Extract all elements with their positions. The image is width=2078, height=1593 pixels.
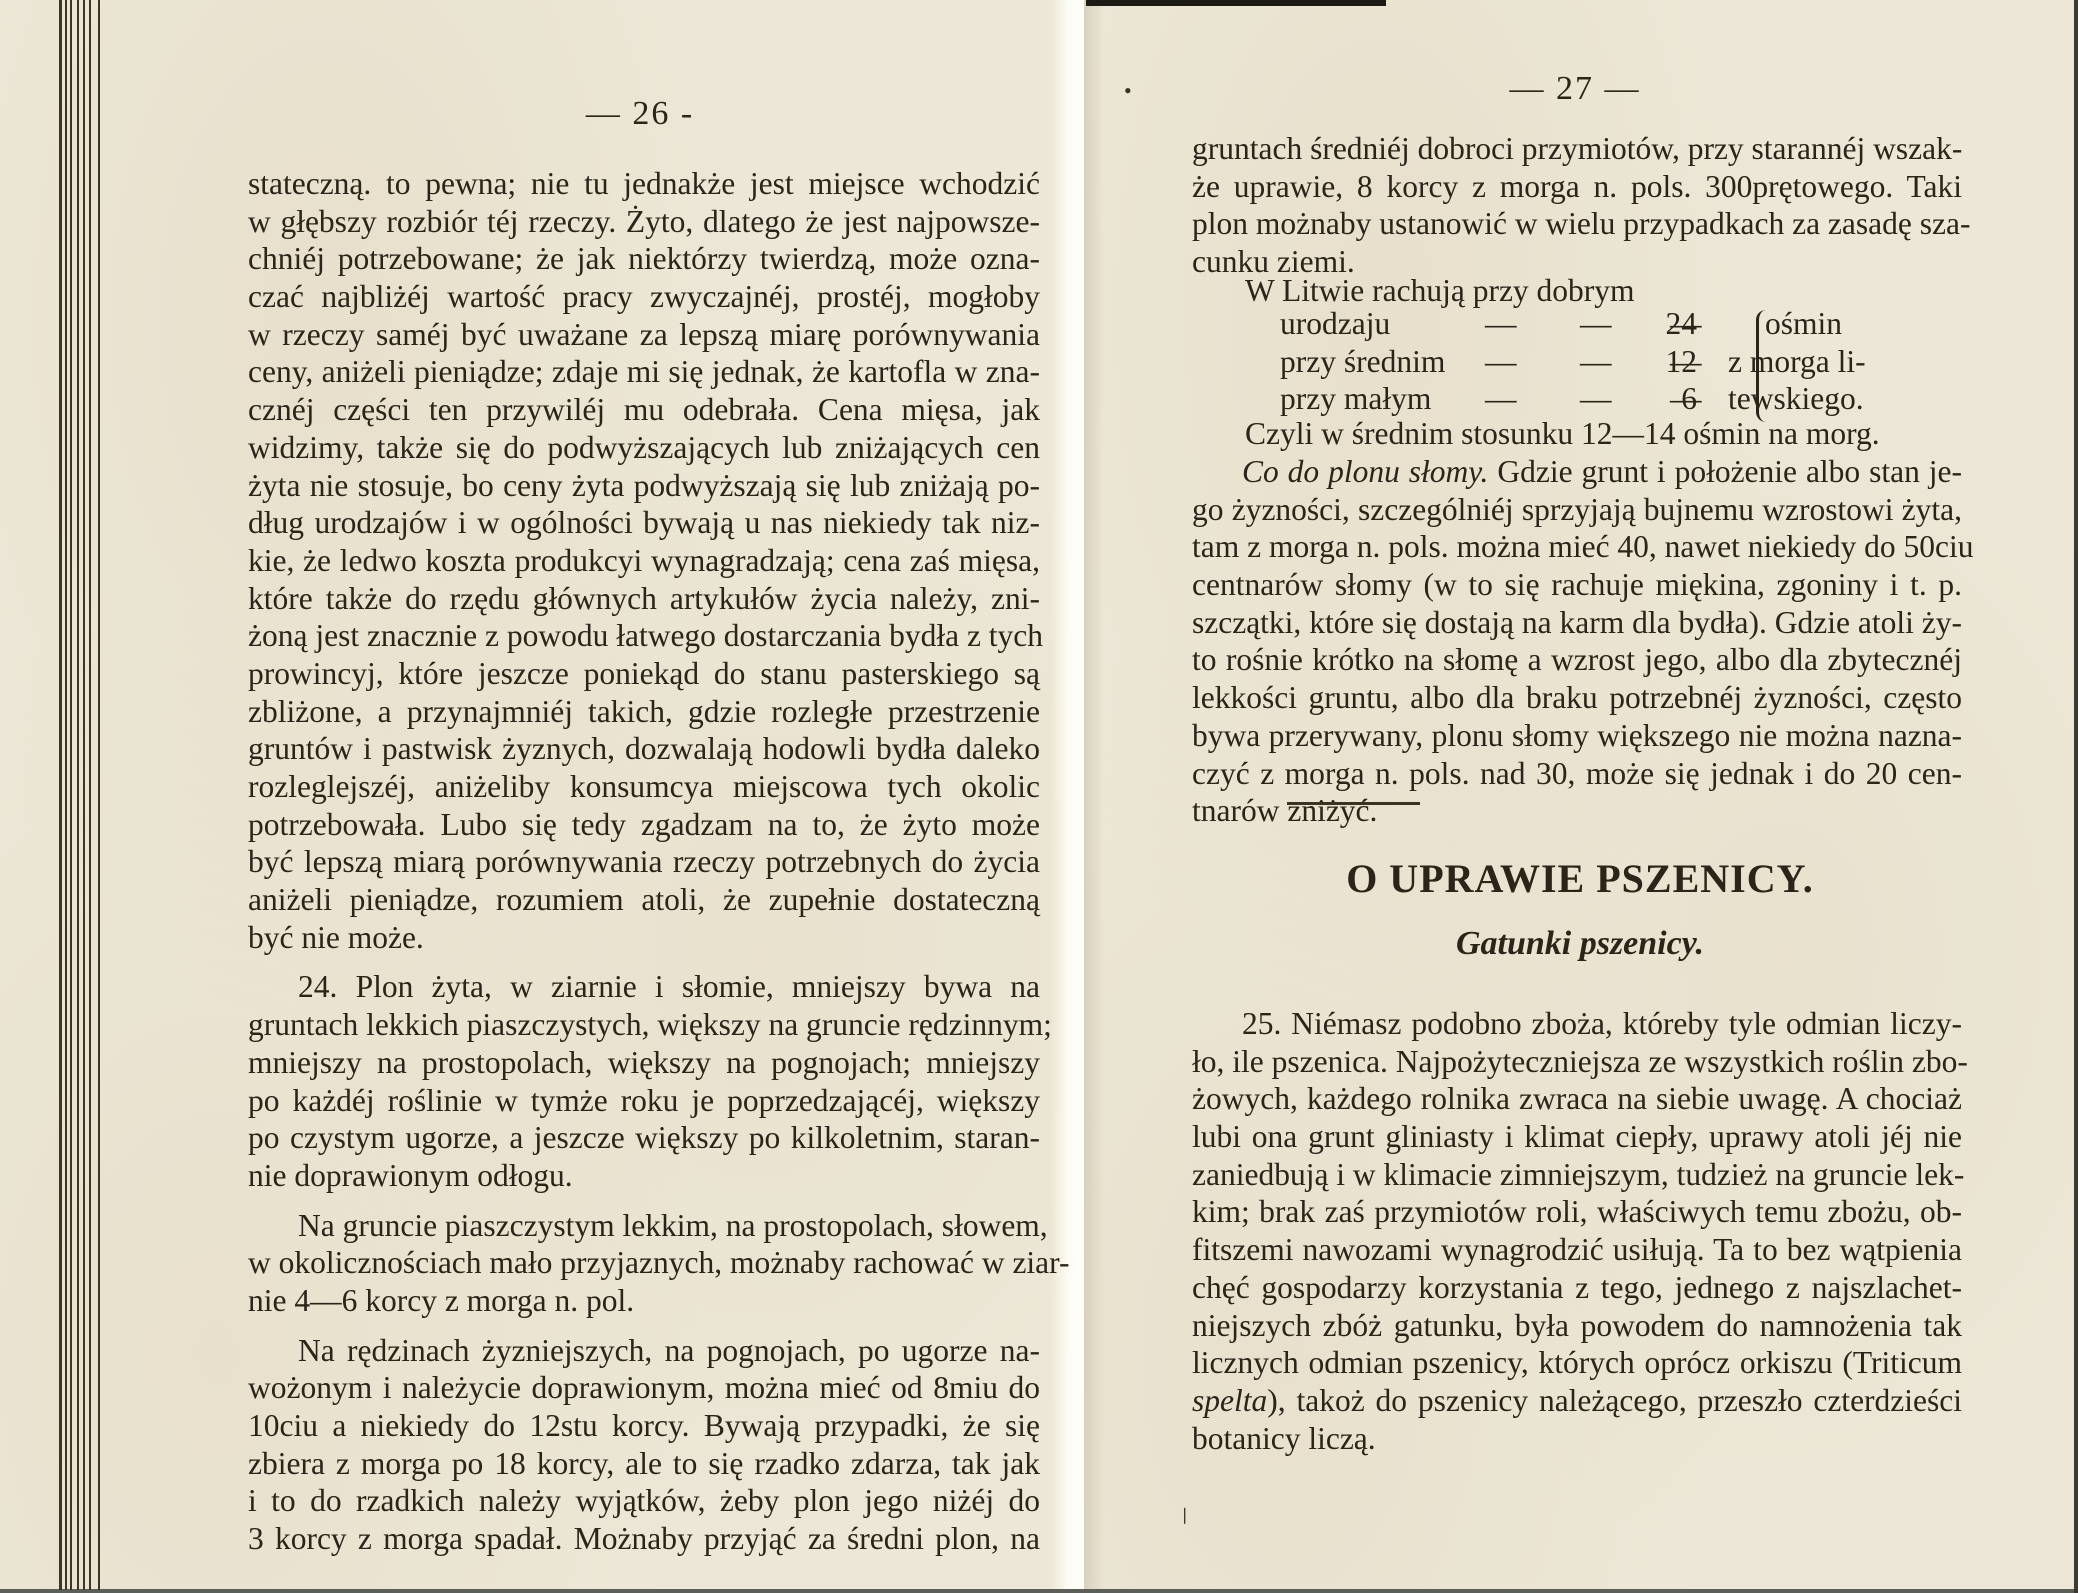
paragraph-24: 24. Plon żyta, w ziarnie i słomie, mniej…	[248, 968, 1040, 1194]
text-line: chęć gospodarzy korzystania z tego, jedn…	[1192, 1269, 1962, 1307]
text-line: centnarów słomy (w to się rachuje miękin…	[1192, 566, 1962, 604]
dash: —	[1580, 343, 1612, 381]
text-line: 3 korcy z morga spadał. Możnaby przyjąć …	[248, 1520, 1040, 1558]
text-line: po czystym ugorze, a jeszcze większy po …	[248, 1119, 1040, 1157]
text-line: i to do rzadkich należy wyjątków, żeby p…	[248, 1482, 1040, 1520]
paragraph: Na gruncie piaszczystym lekkim, na prost…	[248, 1207, 1040, 1320]
text-line: gruntach lekkich piaszczystych, większy …	[248, 1006, 1040, 1044]
text-line: 25. Niémasz podobno zboża, któreby tyle …	[1192, 1005, 1962, 1043]
text-line: ceny, aniżeli pieniądze; zdaje mi się je…	[248, 353, 1040, 391]
text-line: rozleglejszéj, aniżeliby konsumcya miejs…	[248, 768, 1040, 806]
row-label: przy małym	[1280, 380, 1431, 418]
text-line: zbliżone, a przynajmniéj takich, gdzie r…	[248, 693, 1040, 731]
text-line: Na rędzinach żyzniejszych, na pognojach,…	[248, 1332, 1040, 1370]
text-line: tnarów zniżyć.	[1192, 792, 1962, 830]
row-label: przy średnim	[1280, 343, 1445, 381]
text-line: po każdéj roślinie w tymże roku je poprz…	[248, 1082, 1040, 1120]
dash: —	[1580, 380, 1612, 418]
text-line: które także do rzędu głównych artykułów …	[248, 580, 1040, 618]
text-line: mniejszy na prostopolach, większy na pog…	[248, 1044, 1040, 1082]
text-line: ło, ile pszenica. Najpożyteczniejsza ze …	[1192, 1043, 1962, 1081]
right-page-intro: gruntach średniéj dobroci przymiotów, pr…	[1192, 130, 1962, 281]
text-line: 10ciu a niekiedy do 12stu korcy. Bywają …	[248, 1407, 1040, 1445]
dash: —	[1485, 380, 1517, 418]
text-line: żoną jest znacznie z powodu łatwego dost…	[248, 617, 1040, 655]
text-line: zbiera z morga po 18 korcy, ale to się r…	[248, 1445, 1040, 1483]
row-unit: z morga li-	[1728, 343, 1866, 381]
text-line: być nie może.	[248, 919, 1040, 957]
italic-lead: Co do plonu słomy.	[1242, 454, 1488, 489]
section-heading: O UPRAWIE PSZENICY.	[1180, 855, 1980, 902]
row-value: 24	[1666, 305, 1698, 343]
text-line: nie 4—6 korcy z morga n. pol.	[248, 1282, 1040, 1320]
text-line: żyta nie stosuje, bo ceny żyta podwyższa…	[248, 467, 1040, 505]
book-spread: — 26 - stateczną. to pewna; nie tu jedna…	[0, 0, 2078, 1593]
row-label: urodzaju	[1280, 305, 1390, 343]
text-line: gruntów i pastwisk żyznych, dozwalają ho…	[248, 730, 1040, 768]
text-line: go żyzności, szczególniéj sprzyjają bujn…	[1192, 491, 1962, 529]
text-line: wożonym i należycie doprawionym, można m…	[248, 1369, 1040, 1407]
text-line: w rzeczy saméj być uważane za lepszą mia…	[248, 316, 1040, 354]
straw-paragraph: Co do plonu słomy. Gdzie grunt i położen…	[1192, 453, 1962, 830]
text-line: fitszemi nawozami wynagrodzić usiłują. T…	[1192, 1231, 1962, 1269]
lithuania-yield-table: urodzaju — — — 24 ośmin przy średnim — —…	[1245, 305, 1965, 418]
paragraph: Na rędzinach żyzniejszych, na pognojach,…	[248, 1332, 1040, 1558]
text-line: żowych, każdego rolnika zwraca na siebie…	[1192, 1080, 1962, 1118]
text-line: widzimy, także się do podwyższających lu…	[248, 429, 1040, 467]
text-line: potrzebowała. Lubo się tedy zgadzam na t…	[248, 806, 1040, 844]
row-unit: tewskiego.	[1728, 380, 1864, 418]
text-line: nie doprawionym odłogu.	[248, 1157, 1040, 1195]
page-number-left: — 26 -	[520, 95, 760, 133]
text-line: Co do plonu słomy. Gdzie grunt i położen…	[1192, 453, 1962, 491]
gutter-highlight	[1050, 0, 1084, 1593]
text-line: to rośnie krótko na słomę a wzrost jego,…	[1192, 641, 1962, 679]
text-line: kie, że ledwo koszta produkcyi wynagradz…	[248, 542, 1040, 580]
text-line: Czyli w średnim stosunku 12—14 ośmin na …	[1245, 415, 1965, 453]
text-line: stateczną. to pewna; nie tu jednakże jes…	[248, 165, 1040, 203]
text-line: cznéj części ten przywiléj mu odebrała. …	[248, 391, 1040, 429]
page-stack-edges	[55, 0, 105, 1590]
text-line: prowincyj, które jeszcze poniekąd do sta…	[248, 655, 1040, 693]
table-row: przy małym — — — 6 tewskiego.	[1245, 380, 1965, 418]
text-line: tam z morga n. pols. można mieć 40, nawe…	[1192, 528, 1962, 566]
text-line: bywa przerywany, plonu słomy większego n…	[1192, 717, 1962, 755]
stray-mark: ❘	[1178, 1505, 1191, 1525]
scan-edge-bottom	[0, 1589, 2078, 1593]
text-line: czyć z morga n. pols. nad 30, może się j…	[1192, 755, 1962, 793]
stray-mark: •	[1124, 78, 1132, 104]
text-span: ), takoż do pszenicy należącego, przeszł…	[1267, 1383, 1962, 1418]
litwa-summary: Czyli w średnim stosunku 12—14 ośmin na …	[1245, 415, 1965, 453]
row-value: 12	[1666, 343, 1698, 381]
text-line: botanicy liczą.	[1192, 1420, 1962, 1458]
section-subheading: Gatunki pszenicy.	[1180, 925, 1980, 963]
text-line: być lepszą miarą porównywania rzeczy pot…	[248, 843, 1040, 881]
text-line: w głębszy rozbiór téj rzeczy. Żyto, dlat…	[248, 203, 1040, 241]
dash: —	[1580, 305, 1612, 343]
curly-brace	[1756, 310, 1771, 422]
wheat-paragraph: 25. Niémasz podobno zboża, któreby tyle …	[1192, 1005, 1962, 1457]
row-value: 6	[1681, 380, 1697, 418]
text-line: że uprawie, 8 korcy z morga n. pols. 300…	[1192, 168, 1962, 206]
text-line: niejszych zbóż gatunku, była powodem do …	[1192, 1307, 1962, 1345]
text-line: gruntach średniéj dobroci przymiotów, pr…	[1192, 130, 1962, 168]
text-line: Na gruncie piaszczystym lekkim, na prost…	[248, 1207, 1040, 1245]
page-number-right: — 27 —	[1455, 70, 1695, 108]
table-row: urodzaju — — — 24 ośmin	[1245, 305, 1965, 343]
scan-edge-right	[2074, 0, 2078, 1593]
text-line: chniéj potrzebowane; że jak niektórzy tw…	[248, 240, 1040, 278]
text-span: Gdzie grunt i położenie albo stan je-	[1488, 454, 1962, 489]
text-line: spelta), takoż do pszenicy należącego, p…	[1192, 1382, 1962, 1420]
table-row: przy średnim — — — 12 z morga li-	[1245, 343, 1965, 381]
text-line: 24. Plon żyta, w ziarnie i słomie, mniej…	[248, 968, 1040, 1006]
dash: —	[1485, 343, 1517, 381]
text-line: licznych odmian pszenicy, których oprócz…	[1192, 1344, 1962, 1382]
text-line: czać najbliżéj wartość pracy zwyczajnéj,…	[248, 278, 1040, 316]
text-line: aniżeli pieniądze, rozumiem atoli, że zu…	[248, 881, 1040, 919]
row-unit: ośmin	[1765, 305, 1842, 343]
left-page-body: stateczną. to pewna; nie tu jednakże jes…	[248, 165, 1040, 1558]
text-line: szczątki, które się dostają na karm dla …	[1192, 604, 1962, 642]
text-line: plon możnaby ustanowić w wielu przypadka…	[1192, 205, 1962, 243]
text-line: dług urodzajów i w ogólności bywają u na…	[248, 504, 1040, 542]
paragraph: stateczną. to pewna; nie tu jednakże jes…	[248, 165, 1040, 956]
italic-term: spelta	[1192, 1383, 1267, 1418]
text-line: kim; brak zaś przymiotów roli, właściwyc…	[1192, 1193, 1962, 1231]
text-line: lekkości gruntu, albo dla braku potrzebn…	[1192, 679, 1962, 717]
gutter-shadow	[1084, 0, 1104, 1593]
scan-edge-top	[1086, 0, 1386, 6]
text-line: lubi ona grunt gliniasty i klimat ciepły…	[1192, 1118, 1962, 1156]
text-line: zaniedbują i w klimacie zimniejszym, tud…	[1192, 1156, 1962, 1194]
dash: —	[1485, 305, 1517, 343]
text-line: w okolicznościach mało przyjaznych, możn…	[248, 1244, 1040, 1282]
section-divider	[1287, 802, 1420, 805]
